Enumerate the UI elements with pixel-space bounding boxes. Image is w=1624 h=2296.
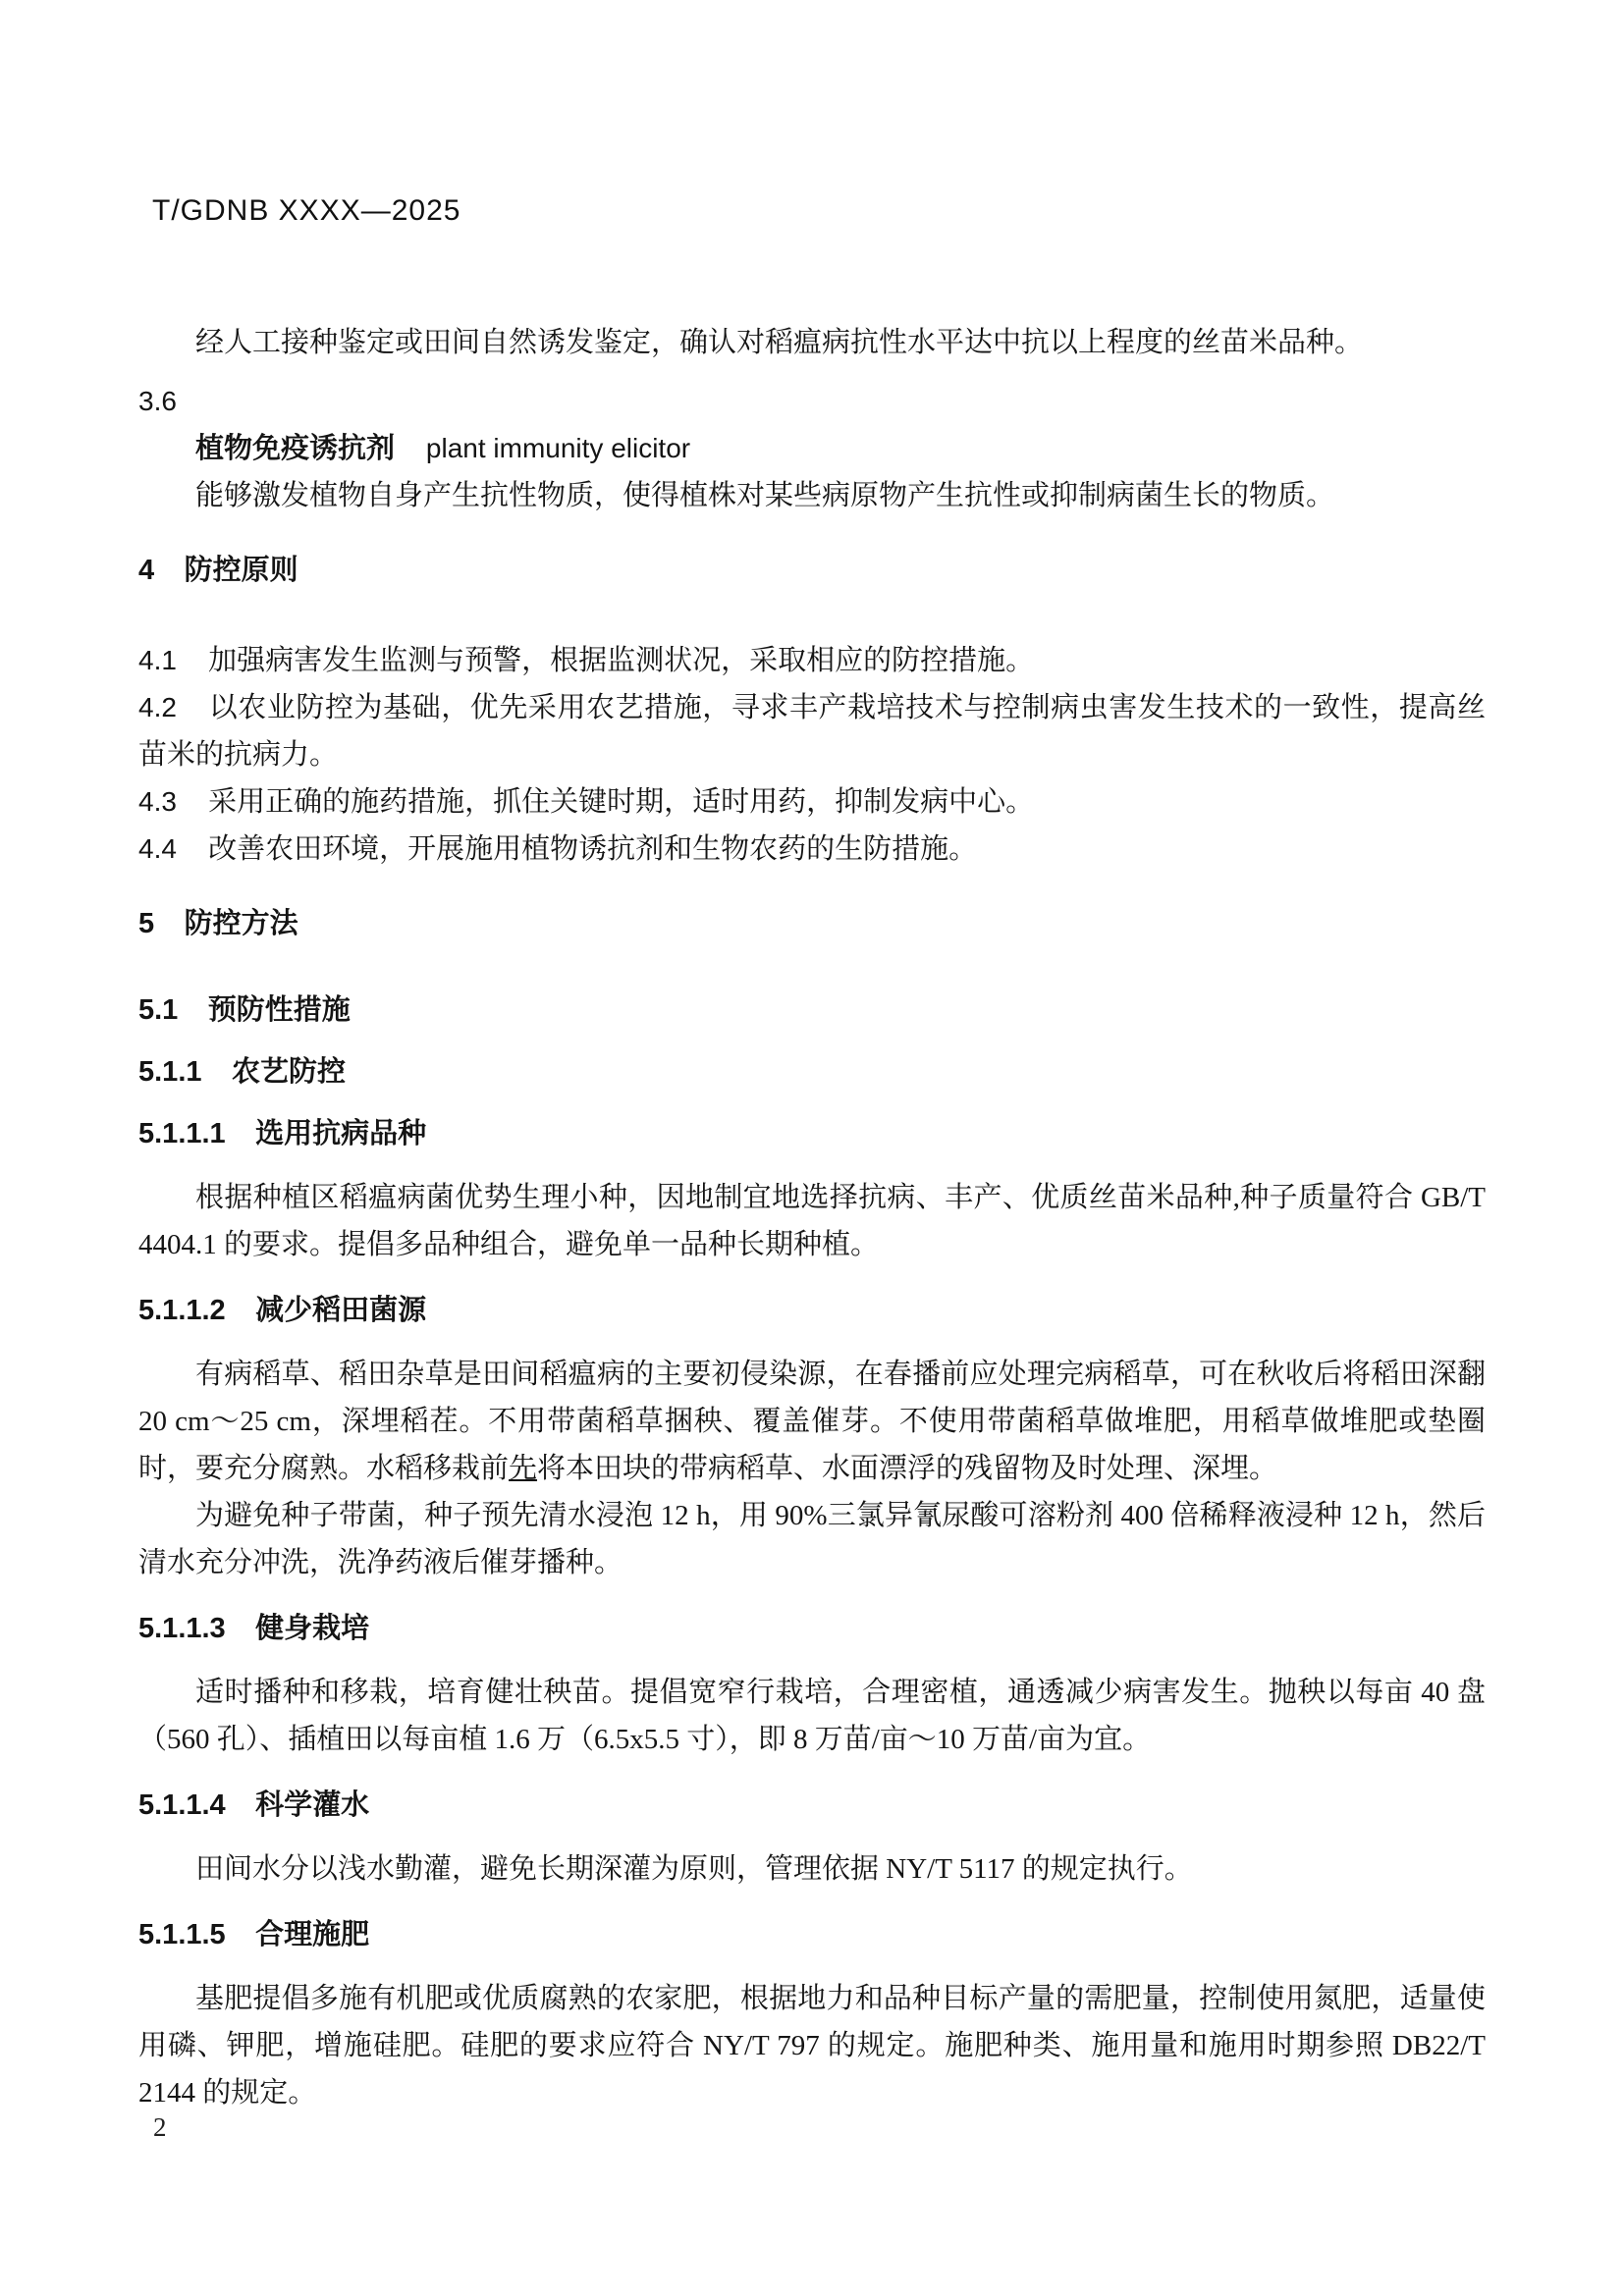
- heading-5-1-1-number: 5.1.1: [138, 1056, 202, 1088]
- clause-4-4: 4.4改善农田环境，开展施用植物诱抗剂和生物农药的生防措施。: [138, 826, 1486, 873]
- heading-5-1-1-title: 农艺防控: [232, 1056, 346, 1088]
- heading-5-1-1-1: 5.1.1.1选用抗病品种: [138, 1114, 1486, 1153]
- heading-5-1: 5.1预防性措施: [138, 990, 1486, 1030]
- paragraph-5-1-1-5: 基肥提倡多施有机肥或优质腐熟的农家肥，根据地力和品种目标产量的需肥量，控制使用氮…: [138, 1975, 1486, 2116]
- heading-5-1-1-5: 5.1.1.5合理施肥: [138, 1915, 1486, 1954]
- heading-5-1-1-4-title: 科学灌水: [255, 1789, 369, 1821]
- heading-5-1-1-1-title: 选用抗病品种: [255, 1118, 426, 1149]
- clause-4-3-number: 4.3: [138, 786, 177, 817]
- heading-5-1-title: 预防性措施: [208, 994, 351, 1026]
- heading-5-1-1-4-number: 5.1.1.4: [138, 1789, 226, 1821]
- heading-5-1-1: 5.1.1农艺防控: [138, 1052, 1486, 1092]
- struck-character: 先: [509, 1453, 537, 1484]
- clause-4-2-text: 以农业防控为基础，优先采用农艺措施，寻求丰产栽培技术与控制病虫害发生技术的一致性…: [138, 692, 1486, 771]
- clause-4-1: 4.1加强病害发生监测与预警，根据监测状况，采取相应的防控措施。: [138, 637, 1486, 684]
- paragraph-5-1-1-2-a-post: 将本田块的带病稻草、水面漂浮的残留物及时处理、深埋。: [537, 1453, 1277, 1484]
- paragraph-intro: 经人工接种鉴定或田间自然诱发鉴定，确认对稻瘟病抗性水平达中抗以上程度的丝苗米品种…: [138, 319, 1486, 366]
- heading-5-1-1-5-title: 合理施肥: [255, 1919, 369, 1950]
- clause-4-4-number: 4.4: [138, 833, 177, 864]
- heading-section-4: 4防控原则: [138, 551, 1486, 590]
- term-title-line: 植物免疫诱抗剂plant immunity elicitor: [138, 425, 1486, 472]
- heading-5-number: 5: [138, 908, 154, 939]
- paragraph-5-1-1-2-b: 为避免种子带菌，种子预先清水浸泡 12 h，用 90%三氯异氰尿酸可溶粉剂 40…: [138, 1492, 1486, 1586]
- page-number: 2: [153, 2112, 167, 2143]
- heading-5-1-1-2-title: 减少稻田菌源: [255, 1295, 426, 1326]
- heading-5-title: 防控方法: [185, 908, 298, 939]
- heading-4-number: 4: [138, 555, 154, 586]
- paragraph-5-1-1-1: 根据种植区稻瘟病菌优势生理小种，因地制宜地选择抗病、丰产、优质丝苗米品种,种子质…: [138, 1174, 1486, 1268]
- term-title-en: plant immunity elicitor: [426, 433, 690, 463]
- page-content: T/GDNB XXXX—2025 经人工接种鉴定或田间自然诱发鉴定，确认对稻瘟病…: [0, 0, 1624, 2116]
- standard-code: T/GDNB XXXX—2025: [152, 193, 1486, 229]
- paragraph-5-1-1-3: 适时播种和移栽，培育健壮秧苗。提倡宽窄行栽培，合理密植，通透减少病害发生。抛秧以…: [138, 1669, 1486, 1763]
- paragraph-5-1-1-4: 田间水分以浅水勤灌，避免长期深灌为原则，管理依据 NY/T 5117 的规定执行…: [138, 1845, 1486, 1893]
- clause-4-1-number: 4.1: [138, 645, 177, 675]
- heading-section-5: 5防控方法: [138, 904, 1486, 943]
- term-definition: 能够激发植物自身产生抗性物质，使得植株对某些病原物产生抗性或抑制病菌生长的物质。: [138, 472, 1486, 519]
- clause-4-1-text: 加强病害发生监测与预警，根据监测状况，采取相应的防控措施。: [208, 645, 1034, 676]
- clause-4-3-text: 采用正确的施药措施，抓住关键时期，适时用药，抑制发病中心。: [208, 786, 1034, 818]
- term-number: 3.6: [138, 378, 1486, 425]
- heading-5-1-1-2-number: 5.1.1.2: [138, 1295, 226, 1326]
- heading-5-1-1-2: 5.1.1.2减少稻田菌源: [138, 1291, 1486, 1330]
- term-title-zh: 植物免疫诱抗剂: [195, 433, 395, 464]
- clause-4-3: 4.3采用正确的施药措施，抓住关键时期，适时用药，抑制发病中心。: [138, 778, 1486, 826]
- heading-5-1-1-3-number: 5.1.1.3: [138, 1613, 226, 1644]
- clause-4-2-number: 4.2: [138, 692, 177, 722]
- paragraph-5-1-1-2-a: 有病稻草、稻田杂草是田间稻瘟病的主要初侵染源，在春播前应处理完病稻草，可在秋收后…: [138, 1351, 1486, 1492]
- heading-5-1-1-3-title: 健身栽培: [255, 1613, 369, 1644]
- heading-5-1-1-1-number: 5.1.1.1: [138, 1118, 226, 1149]
- heading-5-1-1-4: 5.1.1.4科学灌水: [138, 1786, 1486, 1825]
- term-entry-3-6: 3.6 植物免疫诱抗剂plant immunity elicitor 能够激发植…: [138, 378, 1486, 519]
- document-page: T/GDNB XXXX—2025 经人工接种鉴定或田间自然诱发鉴定，确认对稻瘟病…: [0, 0, 1624, 2296]
- clause-4-4-text: 改善农田环境，开展施用植物诱抗剂和生物农药的生防措施。: [208, 833, 977, 865]
- heading-5-1-number: 5.1: [138, 994, 178, 1026]
- heading-4-title: 防控原则: [185, 555, 298, 586]
- clause-4-2: 4.2以农业防控为基础，优先采用农艺措施，寻求丰产栽培技术与控制病虫害发生技术的…: [138, 684, 1486, 778]
- heading-5-1-1-3: 5.1.1.3健身栽培: [138, 1609, 1486, 1648]
- heading-5-1-1-5-number: 5.1.1.5: [138, 1919, 226, 1950]
